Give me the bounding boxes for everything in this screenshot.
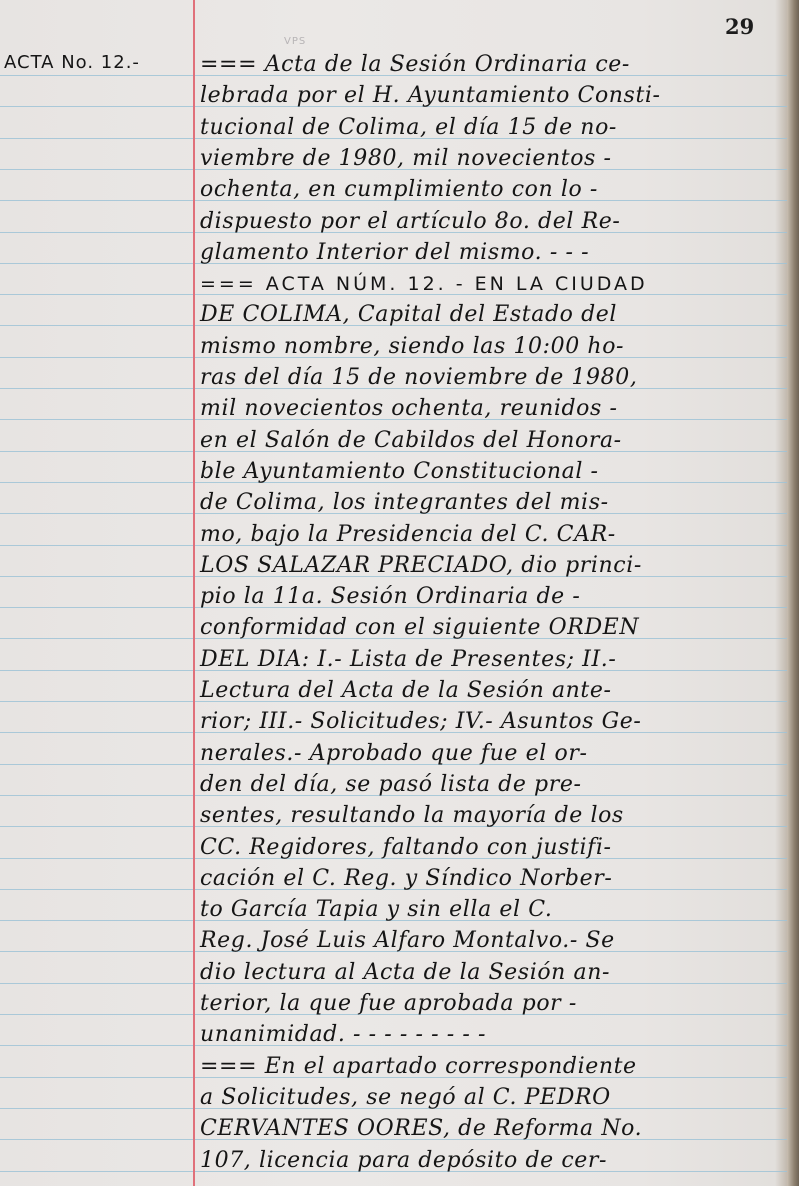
text-line: === ACTA NÚM. 12. - EN LA CIUDAD [200, 272, 790, 296]
text-line: === Acta de la Sesión Ordinaria ce- [200, 53, 790, 77]
text-line: sentes, resultando la mayoría de los [200, 804, 790, 828]
text-line: LOS SALAZAR PRECIADO, dio princi- [200, 554, 790, 578]
text-line: dispuesto por el artículo 8o. del Re- [200, 210, 790, 234]
text-line: DEL DIA: I.- Lista de Presentes; II.- [200, 648, 790, 672]
text-line: mismo nombre, siendo las 10:00 ho- [200, 335, 790, 359]
margin-note-acta-number: ACTA No. 12.- [4, 52, 140, 73]
text-line: viembre de 1980, mil novecientos - [200, 147, 790, 171]
text-line: rior; III.- Solicitudes; IV.- Asuntos Ge… [200, 710, 790, 734]
pencil-annotation: VPS [284, 36, 306, 47]
text-line: to García Tapia y sin ella el C. [200, 898, 790, 922]
text-line: terior, la que fue aprobada por - [200, 992, 790, 1016]
margin-line [193, 0, 195, 1186]
text-line: CERVANTES OORES, de Reforma No. [200, 1117, 790, 1141]
text-line: den del día, se pasó lista de pre- [200, 773, 790, 797]
text-line: de Colima, los integrantes del mis- [200, 491, 790, 515]
notebook-page: 29 VPS ACTA No. 12.- === Acta de la Sesi… [0, 0, 799, 1186]
text-line: ochenta, en cumplimiento con lo - [200, 178, 790, 202]
text-line: tucional de Colima, el día 15 de no- [200, 116, 790, 140]
text-line: mo, bajo la Presidencia del C. CAR- [200, 523, 790, 547]
text-line: Lectura del Acta de la Sesión ante- [200, 679, 790, 703]
text-line: en el Salón de Cabildos del Honora- [200, 429, 790, 453]
text-line: unanimidad. - - - - - - - - - [200, 1023, 790, 1047]
text-line: ras del día 15 de noviembre de 1980, [200, 366, 790, 390]
text-line: mil novecientos ochenta, reunidos - [200, 397, 790, 421]
page-number: 29 [725, 14, 754, 39]
text-line: DE COLIMA, Capital del Estado del [200, 303, 790, 327]
text-line: 107, licencia para depósito de cer- [200, 1149, 790, 1173]
text-line: ble Ayuntamiento Constitucional - [200, 460, 790, 484]
text-line: lebrada por el H. Ayuntamiento Consti- [200, 84, 790, 108]
text-line: === En el apartado correspondiente [200, 1055, 790, 1079]
text-line: cación el C. Reg. y Síndico Norber- [200, 867, 790, 891]
text-line: CC. Regidores, faltando con justifi- [200, 836, 790, 860]
text-line: a Solicitudes, se negó al C. PEDRO [200, 1086, 790, 1110]
text-line: glamento Interior del mismo. - - - [200, 241, 790, 265]
text-line: Reg. José Luis Alfaro Montalvo.- Se [200, 929, 790, 953]
text-line: dio lectura al Acta de la Sesión an- [200, 961, 790, 985]
text-line: pio la 11a. Sesión Ordinaria de - [200, 585, 790, 609]
text-line: nerales.- Aprobado que fue el or- [200, 742, 790, 766]
text-line: conformidad con el siguiente ORDEN [200, 616, 790, 640]
